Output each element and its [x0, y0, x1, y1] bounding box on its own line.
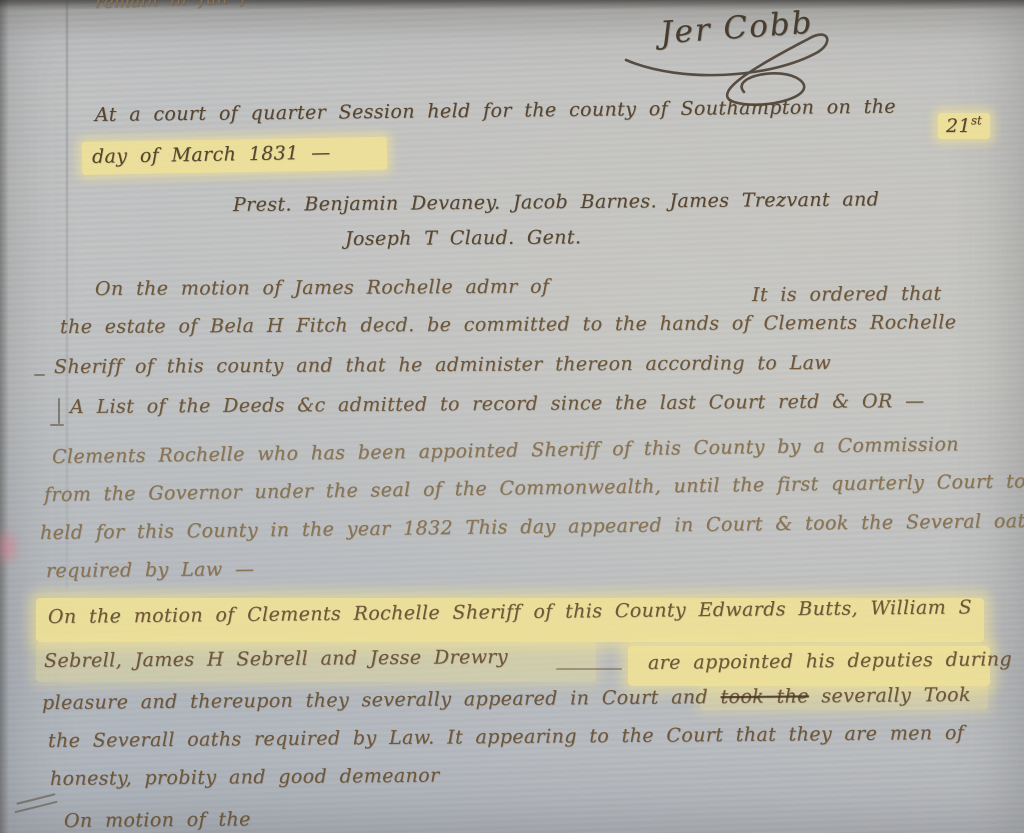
justices-line1: Prest. Benjamin Devaney. Jacob Barnes. J… — [233, 188, 880, 216]
sheriff-oath-line3: held for this County in the year 1832 Th… — [40, 510, 1024, 545]
bottom-fragment-text: On motion of the — [64, 808, 251, 832]
court-heading-line1: At a court of quarter Session held for t… — [95, 96, 896, 127]
blank-fill-dash — [556, 668, 622, 670]
deputies-names-text: Sebrell, James H Sebrell and Jesse Drewr… — [44, 646, 508, 672]
order-fitch-estate: the estate of Bela H Fitch decd. be comm… — [60, 311, 957, 338]
deeds-line: A List of the Deeds &c admitted to recor… — [70, 390, 925, 419]
top-fragment-text: remain in full f — [95, 0, 248, 13]
signature-flourish — [612, 26, 862, 106]
order-fitch-line1a: On the motion of James Rochelle admr of — [95, 276, 550, 301]
court-heading-text: At a court of quarter Session held for t… — [95, 96, 896, 126]
deputies-pleasure-text: pleasure and thereupon they severally ap… — [42, 686, 708, 714]
order-fitch-motion: On the motion of James Rochelle admr of — [95, 276, 550, 300]
order-fitch-ordered: It is ordered that — [752, 283, 942, 306]
deeds-line-text: A List of the Deeds &c admitted to recor… — [70, 390, 925, 418]
order-fitch-line3: Sheriff of this county and that he admin… — [54, 352, 831, 379]
sheriff-oath-line1: Clements Rochelle who has been appointed… — [52, 433, 959, 468]
sheriff-oath-text3: held for this County in the year 1832 Th… — [40, 510, 1024, 544]
order-fitch-line1b: It is ordered that — [752, 283, 942, 307]
struck-out-words: took the — [720, 685, 809, 708]
justices-names: Prest. Benjamin Devaney. Jacob Barnes. J… — [233, 188, 880, 216]
pink-ink-smudge — [0, 524, 22, 570]
margin-underline-mark — [50, 424, 64, 426]
date-day-number: 21 — [946, 115, 971, 137]
deputies-line5: honesty, probity and good demeanor — [50, 765, 440, 791]
date-day-suffix: st — [971, 114, 982, 128]
order-fitch-sheriff: Sheriff of this county and that he admin… — [54, 352, 831, 378]
sheriff-oath-text1: Clements Rochelle who has been appointed… — [52, 433, 959, 468]
sheriff-oath-text4: required by Law — — [46, 558, 255, 582]
deputies-honesty-text: honesty, probity and good demeanor — [50, 765, 440, 790]
margin-dash-mark — [34, 374, 45, 376]
deputies-appointed-text: are appointed his deputies during — [648, 648, 1012, 674]
sheriff-oath-line4: required by Law — — [46, 558, 255, 583]
justices-line2: Joseph T Claud. Gent. — [345, 226, 582, 250]
sheriff-oath-text2: from the Governor under the seal of the … — [44, 470, 1024, 506]
page-left-edge-shadow — [0, 0, 9, 833]
court-heading-line2: day of March 1831 — — [82, 141, 387, 169]
order-fitch-line2: the estate of Bela H Fitch decd. be comm… — [60, 311, 957, 338]
bottom-cutoff-line: On motion of the — [64, 808, 251, 832]
deputies-oaths-text: the Severall oaths required by Law. It a… — [48, 722, 964, 752]
deputies-line2a: Sebrell, James H Sebrell and Jesse Drewr… — [44, 646, 508, 673]
sheriff-oath-line2: from the Governor under the seal of the … — [44, 470, 1024, 507]
justices-names-2: Joseph T Claud. Gent. — [345, 226, 582, 250]
date-line-highlight: day of March 1831 — — [82, 137, 387, 175]
deputies-line2b: are appointed his deputies during — [648, 648, 1012, 675]
margin-tick-mark — [58, 398, 60, 424]
deputies-line4: the Severall oaths required by Law. It a… — [48, 722, 964, 753]
top-cutoff-line: remain in full f — [95, 0, 248, 13]
deputies-line3: pleasure and thereupon they severally ap… — [42, 684, 971, 715]
manuscript-page: remain in full f Jer Cobb At a court of … — [0, 0, 1024, 833]
deputies-took-text: severally Took — [821, 684, 971, 707]
date-day-highlight: 21st — [938, 113, 990, 139]
